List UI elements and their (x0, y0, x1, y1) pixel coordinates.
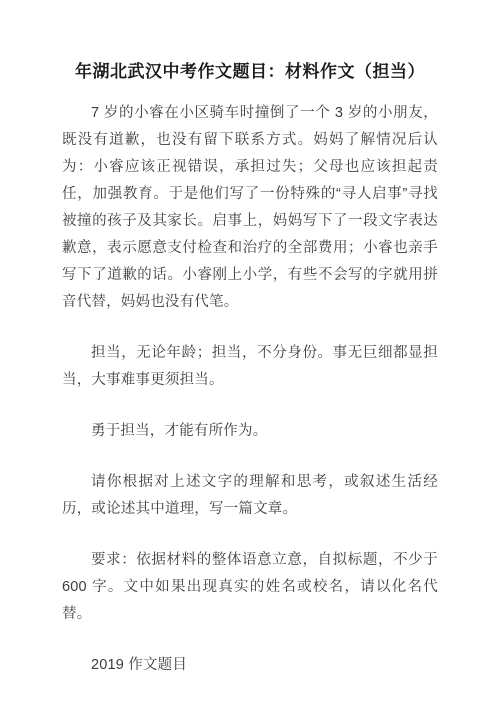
paragraph: 要求：依据材料的整体语意立意，自拟标题，不少于 600 字。文中如果出现真实的姓… (62, 547, 438, 628)
paragraph: 7 岁的小睿在小区骑车时撞倒了一个 3 岁的小朋友，既没有道歉，也没有留下联系方… (62, 100, 438, 316)
paragraph: 勇于担当，才能有所作为。 (62, 418, 438, 445)
document-body: 7 岁的小睿在小区骑车时撞倒了一个 3 岁的小朋友，既没有道歉，也没有留下联系方… (0, 100, 500, 679)
page-title: 年湖北武汉中考作文题目：材料作文（担当） (0, 0, 500, 84)
paragraph: 担当，无论年龄；担当，不分身份。事无巨细都显担当，大事难事更须担当。 (62, 340, 438, 394)
paragraph: 2019 作文题目 (62, 652, 438, 679)
paragraph: 请你根据对上述文字的理解和思考，或叙述生活经历，或论述其中道理，写一篇文章。 (62, 469, 438, 523)
document-page: 年湖北武汉中考作文题目：材料作文（担当） 7 岁的小睿在小区骑车时撞倒了一个 3… (0, 0, 500, 707)
